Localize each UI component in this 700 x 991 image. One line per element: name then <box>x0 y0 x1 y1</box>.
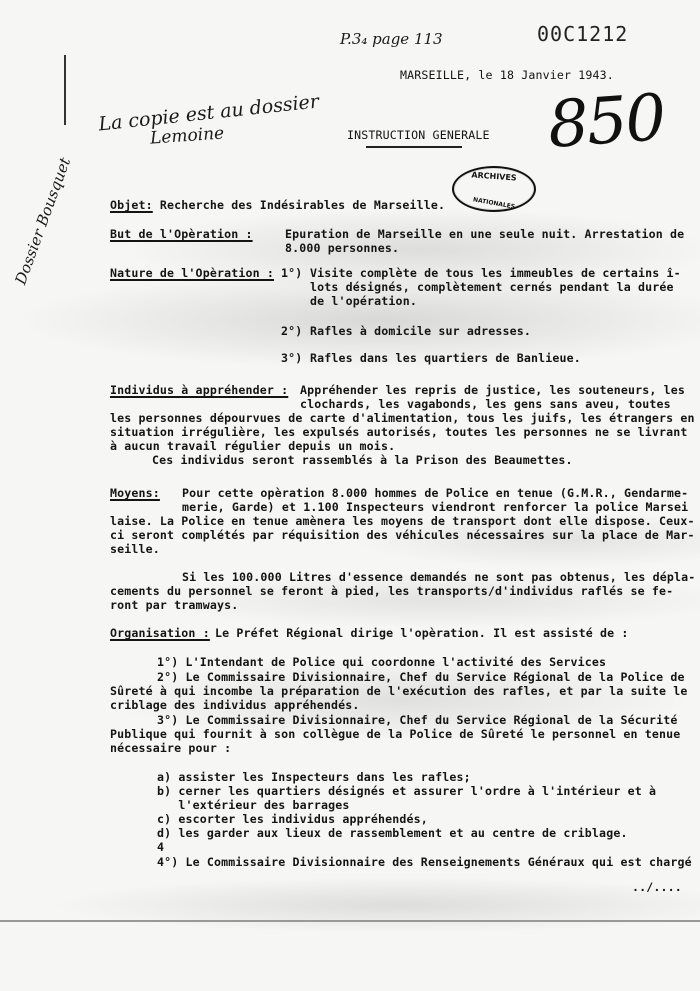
organisation-stray-4: 4 <box>157 840 164 854</box>
place-date: MARSEILLE, le 18 Janvier 1943. <box>400 68 614 82</box>
individus-line-6: Ces individus seront rassemblés à la Pri… <box>152 453 573 467</box>
organisation-item-4: 4°) Le Commissaire Divisionnaire des Ren… <box>157 855 692 869</box>
continuation-mark: ../.... <box>632 880 682 894</box>
organisation-item-2-line-3: criblage des individus appréhendés. <box>110 698 360 712</box>
individus-line-3: les personnes dépourvues de carte d'alim… <box>110 411 695 425</box>
margin-bracket <box>64 55 66 125</box>
nature-item-1-line-3: de l'opération. <box>310 294 417 308</box>
individus-label: Individus à appréhender : <box>110 383 288 397</box>
nature-item-2-num: 2°) <box>281 324 302 338</box>
title-underline <box>366 146 462 148</box>
moyens-p2-line-1: Si les 100.000 Litres d'essence demandés… <box>182 570 695 584</box>
page-bottom-edge <box>0 920 700 922</box>
nature-item-1-num: 1°) <box>281 266 302 280</box>
organisation-subitem-c: c) escorter les individus appréhendés, <box>157 812 428 826</box>
but-line-1: Epuration de Marseille en une seule nuit… <box>285 227 684 241</box>
moyens-line-5: seille. <box>110 542 160 556</box>
moyens-line-2: merie, Garde) et 1.100 Inspecteurs viend… <box>182 500 688 514</box>
objet-text: Recherche des Indésirables de Marseille. <box>160 198 445 212</box>
moyens-label: Moyens: <box>110 486 160 500</box>
objet-line: Objet: Recherche des Indésirables de Mar… <box>110 198 445 212</box>
archive-ref-handwritten: P.3₄ page 113 <box>340 30 443 48</box>
but-line-2: 8.000 personnes. <box>285 241 399 255</box>
margin-note-vertical: Dossier Bousquet <box>12 155 75 287</box>
moyens-line-4: ci seront complétés par réquisition des … <box>110 528 695 542</box>
nature-label: Nature de l'Opèration : <box>110 266 274 280</box>
nature-item-1-line-2: lots désignés, complètement cernés penda… <box>310 280 674 294</box>
organisation-subitem-a: a) assister les Inspecteurs dans les raf… <box>157 770 471 784</box>
margin-note-name: Lemoine <box>149 123 224 148</box>
moyens-p2-line-3: ront par tramways. <box>110 598 238 612</box>
organisation-label: Organisation : <box>110 626 210 640</box>
individus-line-5: à aucun travail régulier depuis un mois. <box>110 439 395 453</box>
but-label: But de l'Opèration : <box>110 227 253 241</box>
individus-line-1: Appréhender les repris de justice, les s… <box>300 383 685 397</box>
organisation-item-3-line-3: nécessaire pour : <box>110 741 231 755</box>
organisation-item-1: 1°) L'Intendant de Police qui coordonne … <box>157 655 606 669</box>
objet-label: Objet: <box>110 198 153 212</box>
organisation-item-2-line-2: Sûreté à qui incombe la préparation de l… <box>110 684 688 698</box>
individus-line-2: clochards, les vagabonds, les gens sans … <box>300 397 671 411</box>
folio-number-handwritten: 850 <box>546 81 667 163</box>
organisation-subitem-b-cont: l'extérieur des barrages <box>157 798 350 812</box>
moyens-line-3: laise. La Police en tenue amènera les mo… <box>110 514 695 528</box>
nature-item-3-num: 3°) <box>281 351 302 365</box>
nature-item-2-line-1: Rafles à domicile sur adresses. <box>310 324 531 338</box>
organisation-intro: Le Préfet Régional dirige l'opèration. I… <box>215 626 629 640</box>
individus-line-4: situation irrégulière, les expulsés auto… <box>110 425 688 439</box>
nature-item-3-line-1: Rafles dans les quartiers de Banlieue. <box>310 351 581 365</box>
document-page: P.3₄ page 113 00C1212 MARSEILLE, le 18 J… <box>0 0 700 991</box>
organisation-subitem-d: d) les garder aux lieux de rassemblement… <box>157 826 628 840</box>
archive-number: 00C1212 <box>537 22 628 46</box>
organisation-subitem-b: b) cerner les quartiers désignés et assu… <box>157 784 656 798</box>
organisation-item-2-line-1: 2°) Le Commissaire Divisionnaire, Chef d… <box>157 670 685 684</box>
nature-item-1-line-1: Visite complète de tous les immeubles de… <box>310 266 681 280</box>
organisation-item-3-line-2: Publique qui fournit à son collègue de l… <box>110 727 680 741</box>
archives-nationales-stamp: ARCHIVES NATIONALES <box>452 166 536 212</box>
moyens-p2-line-2: cements du personnel se feront à pied, l… <box>110 584 673 598</box>
organisation-item-3-line-1: 3°) Le Commissaire Divisionnaire, Chef d… <box>157 713 678 727</box>
moyens-line-1: Pour cette opèration 8.000 hommes de Pol… <box>182 486 688 500</box>
document-title: INSTRUCTION GENERALE <box>347 128 490 142</box>
